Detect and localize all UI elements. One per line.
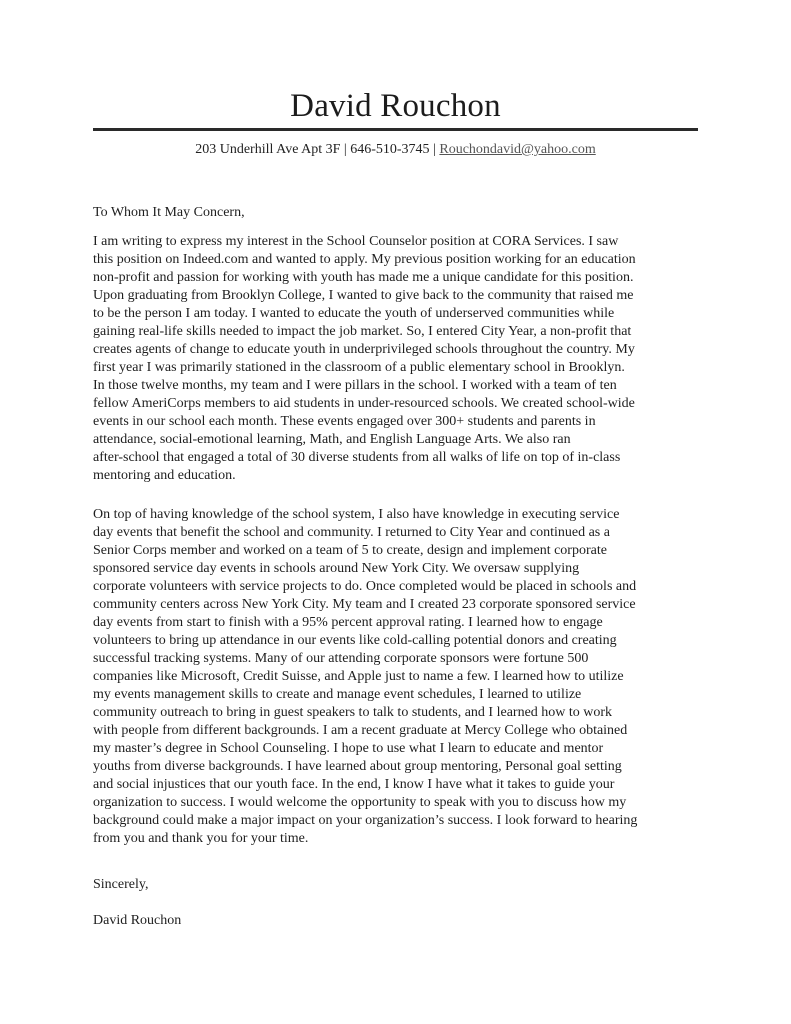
paragraph-line: first year I was primarily stationed in … (93, 359, 713, 377)
paragraph-line: my master’s degree in School Counseling.… (93, 740, 713, 758)
paragraph-line: I am writing to express my interest in t… (93, 233, 713, 251)
paragraph-line: gaining real-life skills needed to impac… (93, 323, 713, 341)
paragraph-line: this position on Indeed.com and wanted t… (93, 251, 713, 269)
paragraph-line: background could make a major impact on … (93, 812, 713, 830)
paragraph-line: companies like Microsoft, Credit Suisse,… (93, 668, 713, 686)
paragraph-line: from you and thank you for your time. (93, 830, 713, 848)
paragraph-line: community centers across New York City. … (93, 596, 713, 614)
paragraph-line: mentoring and education. (93, 467, 713, 485)
paragraph-line: day events that benefit the school and c… (93, 524, 713, 542)
paragraph-1: I am writing to express my interest in t… (93, 233, 713, 485)
paragraph-line: Upon graduating from Brooklyn College, I… (93, 287, 713, 305)
paragraph-line: sponsored service day events in schools … (93, 560, 713, 578)
greeting: To Whom It May Concern, (93, 204, 713, 222)
paragraph-line: with people from different backgrounds. … (93, 722, 713, 740)
paragraph-line: Senior Corps member and worked on a team… (93, 542, 713, 560)
email-link[interactable]: Rouchondavid@yahoo.com (439, 142, 595, 157)
paragraph-line: fellow AmeriCorps members to aid student… (93, 395, 713, 413)
paragraph-2: On top of having knowledge of the school… (93, 506, 713, 848)
contact-separator: | (340, 142, 350, 157)
closing: Sincerely, (93, 876, 713, 894)
paragraph-line: events in our school each month. These e… (93, 413, 713, 431)
paragraph-line: creates agents of change to educate yout… (93, 341, 713, 359)
paragraph-line: community outreach to bring in guest spe… (93, 704, 713, 722)
paragraph-line: On top of having knowledge of the school… (93, 506, 713, 524)
paragraph-line: my events management skills to create an… (93, 686, 713, 704)
paragraph-line: volunteers to bring up attendance in our… (93, 632, 713, 650)
paragraph-line: to be the person I am today. I wanted to… (93, 305, 713, 323)
signature: David Rouchon (93, 912, 713, 930)
paragraph-line: and social injustices that our youth fac… (93, 776, 713, 794)
paragraph-line: youths from diverse backgrounds. I have … (93, 758, 713, 776)
contact-separator: | (430, 142, 440, 157)
contact-line: 203 Underhill Ave Apt 3F | 646-510-3745 … (0, 141, 791, 159)
header-divider (93, 128, 698, 131)
paragraph-line: attendance, social-emotional learning, M… (93, 431, 713, 449)
paragraph-line: successful tracking systems. Many of our… (93, 650, 713, 668)
paragraph-line: day events from start to finish with a 9… (93, 614, 713, 632)
letter-page: David Rouchon 203 Underhill Ave Apt 3F |… (0, 0, 791, 1024)
sender-name-heading: David Rouchon (0, 86, 791, 126)
address-text: 203 Underhill Ave Apt 3F (195, 142, 340, 157)
paragraph-line: after-school that engaged a total of 30 … (93, 449, 713, 467)
phone-text: 646-510-3745 (350, 142, 429, 157)
paragraph-line: corporate volunteers with service projec… (93, 578, 713, 596)
paragraph-line: organization to success. I would welcome… (93, 794, 713, 812)
paragraph-line: non-profit and passion for working with … (93, 269, 713, 287)
paragraph-line: In those twelve months, my team and I we… (93, 377, 713, 395)
